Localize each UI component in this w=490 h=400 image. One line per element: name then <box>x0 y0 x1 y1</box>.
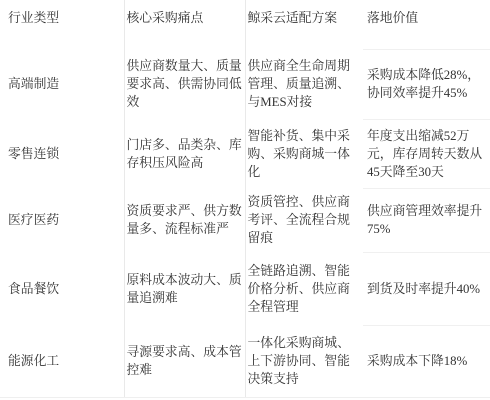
header-solution: 鲸采云适配方案 <box>245 0 363 49</box>
table-row-retail: 零售连锁 门店多、品类杂、库存积压风险高 智能补货、集中采购、采购商城一体化 年… <box>0 119 490 188</box>
cell-value: 采购成本下降18% <box>363 325 490 397</box>
cell-pain-points: 原料成本波动大、质量追溯难 <box>124 252 245 325</box>
industry-comparison-table: 行业类型 核心采购痛点 鲸采云适配方案 落地价值 高端制造 供应商数量大、质量要… <box>0 0 490 398</box>
cell-value: 年度支出缩减52万元，库存周转天数从45天降至30天 <box>363 119 490 188</box>
cell-industry: 食品餐饮 <box>0 252 124 325</box>
cell-industry: 高端制造 <box>0 49 124 119</box>
cell-industry: 能源化工 <box>0 325 124 397</box>
cell-industry: 零售连锁 <box>0 119 124 188</box>
cell-pain-points: 门店多、品类杂、库存积压风险高 <box>124 119 245 188</box>
cell-pain-points: 资质要求严、供方数量多、流程标准严 <box>124 188 245 252</box>
table-row-food: 食品餐饮 原料成本波动大、质量追溯难 全链路追溯、智能价格分析、供应商全程管理 … <box>0 252 490 325</box>
page: 行业类型 核心采购痛点 鲸采云适配方案 落地价值 高端制造 供应商数量大、质量要… <box>0 0 490 400</box>
table-row-manufacturing: 高端制造 供应商数量大、质量要求高、供需协同低效 供应商全生命周期管理、质量追溯… <box>0 49 490 119</box>
header-row: 行业类型 核心采购痛点 鲸采云适配方案 落地价值 <box>0 0 490 49</box>
header-industry-type: 行业类型 <box>0 0 124 49</box>
cell-industry: 医疗医药 <box>0 188 124 252</box>
cell-solution: 供应商全生命周期管理、质量追溯、与MES对接 <box>245 49 363 119</box>
cell-solution: 全链路追溯、智能价格分析、供应商全程管理 <box>245 252 363 325</box>
header-pain-points: 核心采购痛点 <box>124 0 245 49</box>
cell-solution: 一体化采购商城、上下游协同、智能决策支持 <box>245 325 363 397</box>
cell-pain-points: 供应商数量大、质量要求高、供需协同低效 <box>124 49 245 119</box>
cell-solution: 资质管控、供应商考评、全流程合规留痕 <box>245 188 363 252</box>
cell-pain-points: 寻源要求高、成本管控难 <box>124 325 245 397</box>
table-row-medical: 医疗医药 资质要求严、供方数量多、流程标准严 资质管控、供应商考评、全流程合规留… <box>0 188 490 252</box>
table-row-energy: 能源化工 寻源要求高、成本管控难 一体化采购商城、上下游协同、智能决策支持 采购… <box>0 325 490 397</box>
cell-solution: 智能补货、集中采购、采购商城一体化 <box>245 119 363 188</box>
cell-value: 供应商管理效率提升75% <box>363 188 490 252</box>
cell-value: 采购成本降低28%，协同效率提升45% <box>363 49 490 119</box>
header-value: 落地价值 <box>363 0 490 49</box>
cell-value: 到货及时率提升40% <box>363 252 490 325</box>
